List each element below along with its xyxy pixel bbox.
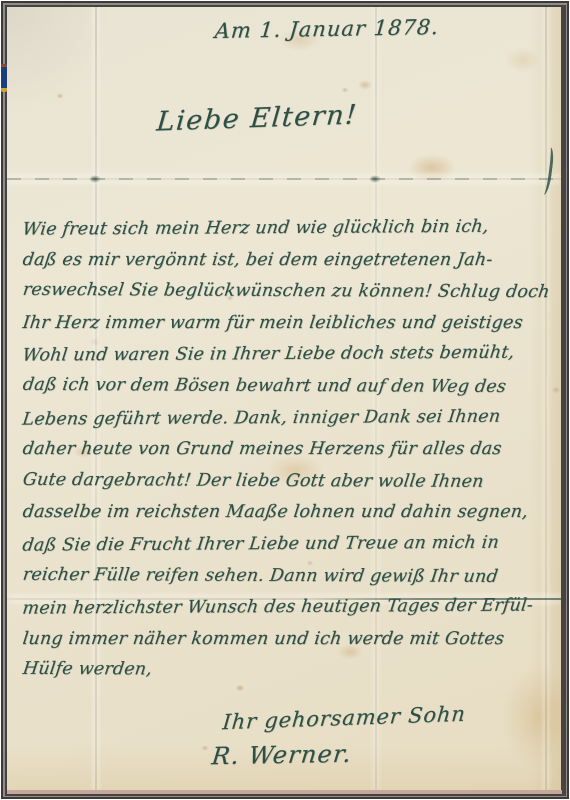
letter-scan: Am 1. Januar 1878. Liebe Eltern! Wie fre…: [0, 0, 570, 800]
frame-bottom-bevel: [7, 790, 562, 794]
body-line: Wie freut sich mein Herz und wie glückli…: [20, 216, 553, 251]
body-line: mein herzlichster Wunsch des heutigen Ta…: [20, 596, 553, 631]
body-line: lung immer näher kommen und ich werde mi…: [20, 629, 553, 661]
fold-intersection-mark: [369, 175, 381, 183]
body-line: Wohl und waren Sie in Ihrer Liebe doch s…: [20, 343, 553, 378]
blue-ink-mark-left-edge: [1, 64, 7, 92]
body-line: daher heute von Grund meines Herzens für…: [20, 439, 553, 471]
body-line: reswechsel Sie beglückwünschen zu können…: [20, 280, 553, 314]
body-line: reicher Fülle reifen sehen. Dann wird ge…: [20, 564, 553, 598]
body-line: Gute dargebracht! Der liebe Gott aber wo…: [20, 470, 553, 504]
body-line: Ihr Herz immer warm für mein leibliches …: [20, 313, 553, 345]
signature-line: R. Werner.: [210, 740, 353, 770]
body-line: Lebens geführt werde. Dank, inniger Dank…: [20, 406, 553, 441]
body-line: daß es mir vergönnt ist, bei dem eingetr…: [20, 250, 553, 282]
ink-smudge-right-edge: [538, 147, 555, 196]
closing-line: Ihr gehorsamer Sohn: [222, 702, 467, 734]
fold-intersection-mark: [89, 175, 101, 183]
letter-paper: Am 1. Januar 1878. Liebe Eltern! Wie fre…: [7, 7, 561, 790]
body-line: daß Sie die Frucht Ihrer Liebe und Treue…: [20, 532, 553, 567]
body-line: Hülfe werden,: [20, 659, 553, 693]
salutation-line: Liebe Eltern!: [155, 100, 359, 138]
date-line: Am 1. Januar 1878.: [214, 15, 440, 43]
body-line: dasselbe im reichsten Maaße lohnen und d…: [20, 502, 553, 534]
body-line: daß ich vor dem Bösen bewahrt und auf de…: [20, 375, 553, 409]
letter-body: Wie freut sich mein Herz und wie glückli…: [22, 218, 551, 692]
